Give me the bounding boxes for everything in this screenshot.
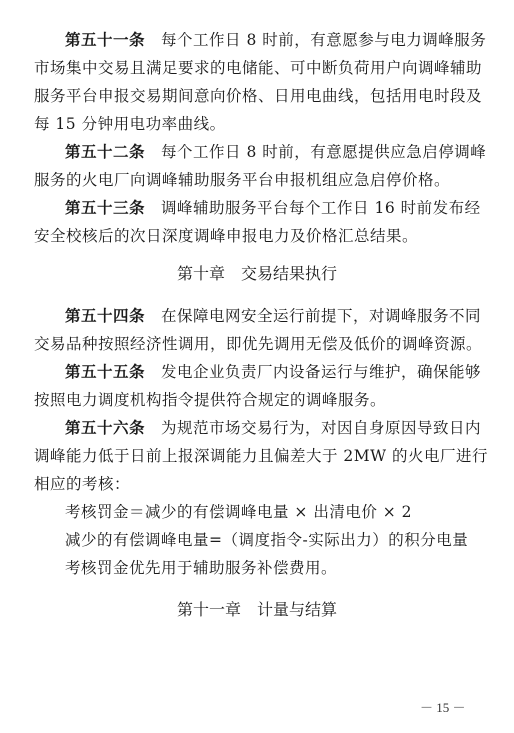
page-number: － 15 － bbox=[420, 697, 466, 716]
chapter-11-heading: 第十一章 计量与结算 bbox=[0, 596, 514, 624]
article-51-line-2: 市场集中交易且满足要求的电储能、可中断负荷用户向调峰辅助 bbox=[34, 54, 474, 82]
article-label: 第五十四条 bbox=[65, 307, 145, 325]
article-54-line-2: 交易品种按照经济性调用，即优先调用无偿及低价的调峰资源。 bbox=[34, 330, 474, 358]
article-label: 第五十五条 bbox=[65, 363, 145, 381]
article-52-line-2: 服务的火电厂向调峰辅助服务平台申报机组应急启停价格。 bbox=[34, 166, 474, 194]
article-label: 第五十一条 bbox=[65, 31, 145, 49]
article-51-line-3: 服务平台申报交易期间意向价格、日用电曲线，包括用电时段及 bbox=[34, 82, 474, 110]
article-label: 第五十二条 bbox=[65, 143, 145, 161]
article-53-line-1: 第五十三条 调峰辅助服务平台每个工作日 16 时前发布经 bbox=[65, 194, 474, 222]
article-56-line-1: 第五十六条 为规范市场交易行为，对因自身原因导致日内 bbox=[65, 414, 474, 442]
article-52-line-1: 第五十二条 每个工作日 8 时前，有意愿提供应急启停调峰 bbox=[65, 138, 474, 166]
article-53-line-2: 安全校核后的次日深度调峰申报电力及价格汇总结果。 bbox=[34, 222, 474, 250]
article-55-line-1: 第五十五条 发电企业负责厂内设备运行与维护，确保能够 bbox=[65, 358, 474, 386]
article-56-line-3: 相应的考核： bbox=[34, 470, 474, 498]
formula-reduced-energy: 减少的有偿调峰电量=（调度指令-实际出力）的积分电量 bbox=[65, 526, 474, 554]
chapter-10-heading: 第十章 交易结果执行 bbox=[0, 260, 514, 288]
article-51-line-4: 每 15 分钟用电功率曲线。 bbox=[34, 110, 474, 138]
formula-penalty: 考核罚金＝减少的有偿调峰电量 × 出清电价 × 2 bbox=[65, 498, 474, 526]
article-54-line-1: 第五十四条 在保障电网安全运行前提下，对调峰服务不同 bbox=[65, 302, 474, 330]
article-51-line-1: 第五十一条 每个工作日 8 时前，有意愿参与电力调峰服务 bbox=[65, 26, 474, 54]
article-label: 第五十三条 bbox=[65, 199, 145, 217]
article-label: 第五十六条 bbox=[65, 419, 145, 437]
article-56-line-2: 调峰能力低于日前上报深调能力且偏差大于 2MW 的火电厂进行 bbox=[34, 442, 474, 470]
article-55-line-2: 按照电力调度机构指令提供符合规定的调峰服务。 bbox=[34, 386, 474, 414]
penalty-usage-note: 考核罚金优先用于辅助服务补偿费用。 bbox=[65, 554, 474, 582]
